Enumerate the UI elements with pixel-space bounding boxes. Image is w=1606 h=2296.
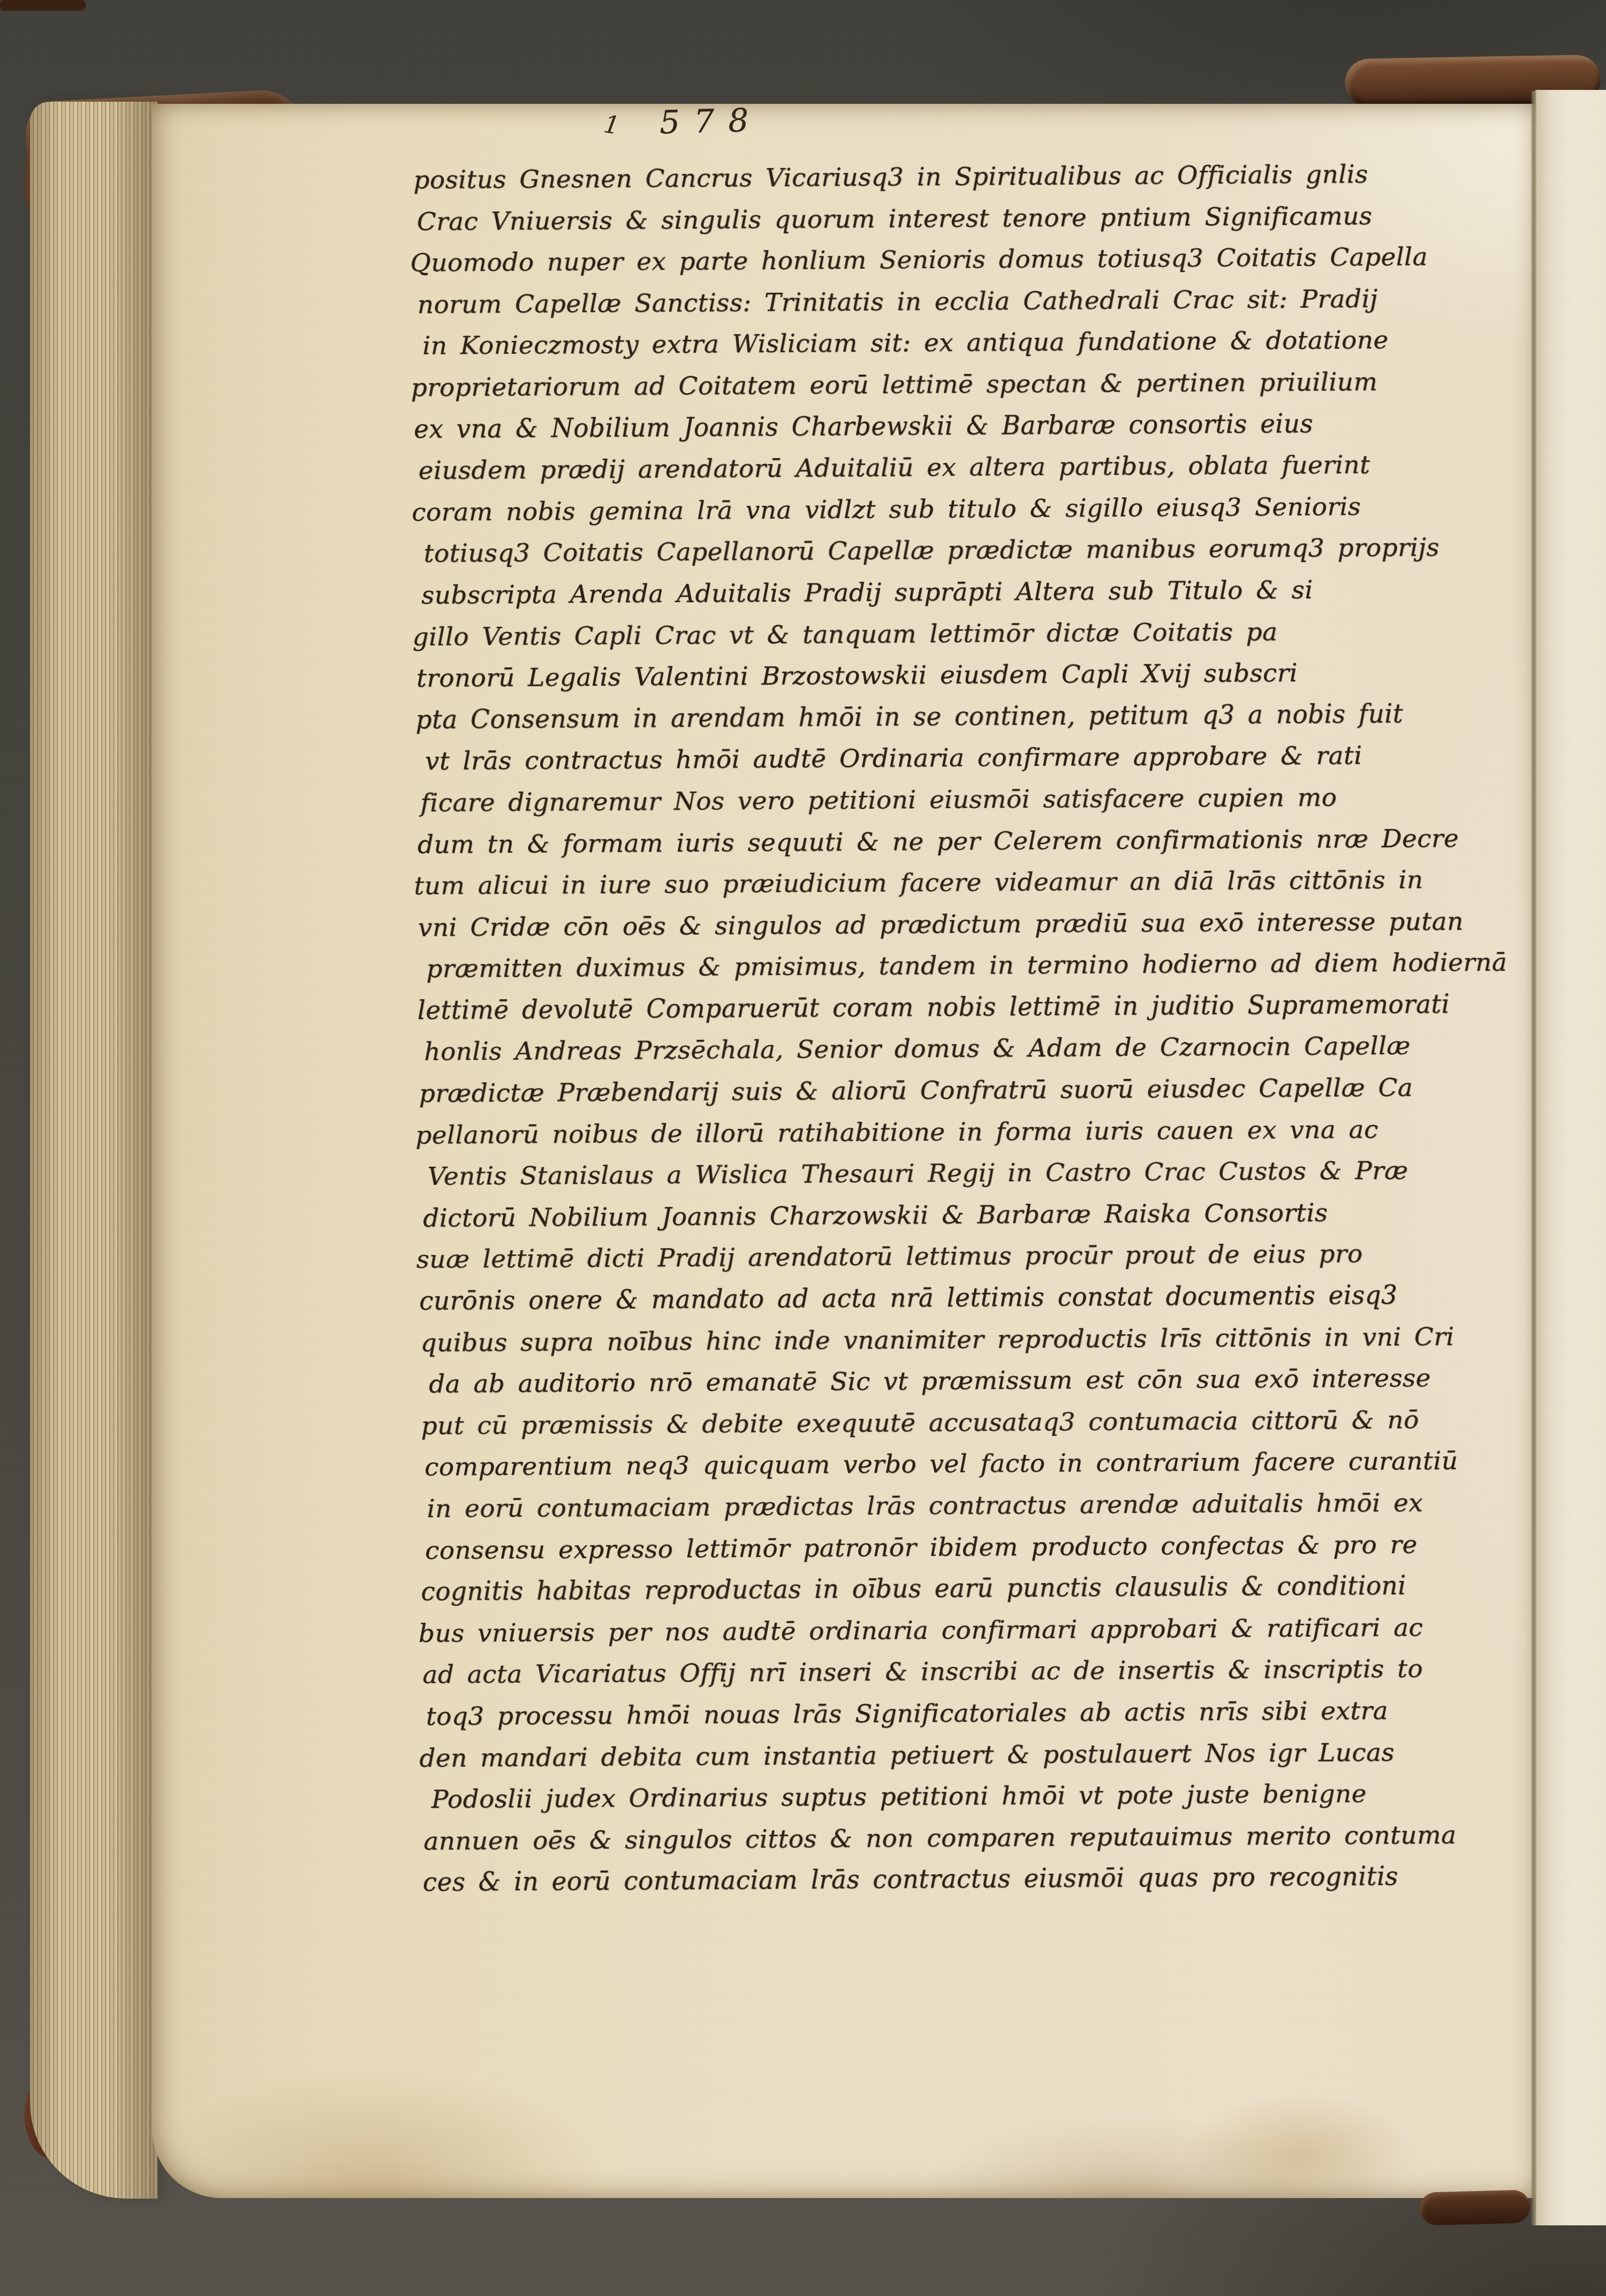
manuscript-line: dictorū Nobilium Joannis Charzowskii & B… — [423, 1191, 1488, 1240]
manuscript-line: cognitis habitas reproductas in oībus ea… — [421, 1564, 1486, 1613]
manuscript-line: quibus supra noībus hinc inde vnanimiter… — [420, 1316, 1486, 1364]
manuscript-line: honlis Andreas Przsēchala, Senior domus … — [424, 1025, 1489, 1073]
manuscript-line: norum Capellæ Sanctiss: Trinitatis in ec… — [417, 278, 1482, 326]
manuscript-line: subscripta Arenda Aduitalis Pradij suprā… — [421, 568, 1487, 617]
manuscript-line: præmitten duximus & pmisimus, tandem in … — [426, 942, 1491, 990]
manuscript-line: dum tn & formam iuris sequuti & ne per C… — [418, 817, 1483, 865]
manuscript-text: positus Gnesnen Cancrus Vicariusq3 in Sp… — [413, 153, 1489, 1904]
manuscript-line: totiusq3 Coitatis Capellanorū Capellæ pr… — [423, 527, 1489, 575]
manuscript-line: Podoslii judex Ordinarius suptus petitio… — [431, 1773, 1497, 1821]
manuscript-line: suæ lettimē dicti Pradij arendatorū lett… — [416, 1233, 1481, 1281]
manuscript-line: Ventis Stanislaus a Wislica Thesauri Reg… — [427, 1150, 1493, 1198]
page-fore-edges — [30, 102, 157, 2199]
leather-tailband-bottom-right — [1419, 2189, 1531, 2225]
manuscript-line: toq3 processu hmōi nouas lrās Significat… — [426, 1690, 1491, 1738]
manuscript-line: annuen oēs & singulos cittos & non compa… — [423, 1814, 1489, 1862]
manuscript-line: tronorū Legalis Valentini Brzostowskii e… — [416, 651, 1482, 700]
manuscript-line: eiusdem prædij arendatorū Aduitaliū ex a… — [418, 444, 1483, 492]
manuscript-line: in eorū contumaciam prædictas lrās contr… — [427, 1482, 1492, 1530]
manuscript-line: vt lrās contractus hmōi audtē Ordinaria … — [425, 734, 1490, 782]
facing-page-edge — [1535, 90, 1606, 2225]
manuscript-line: coram nobis gemina lrā vna vidlzt sub ti… — [412, 485, 1477, 534]
manuscript-line: ficare dignaremur Nos vero petitioni eiu… — [420, 776, 1486, 824]
manuscript-line: prædictæ Præbendarij suis & aliorū Confr… — [419, 1067, 1484, 1115]
manuscript-line: proprietariorum ad Coitatem eorū lettimē… — [411, 361, 1476, 409]
manuscript-line: tum alicui in iure suo præiudicium facer… — [414, 859, 1479, 907]
manuscript-line: ces & in eorū contumaciam lrās contractu… — [422, 1855, 1488, 1904]
manuscript-line: put cū præmissis & debite exequutē accus… — [421, 1399, 1486, 1447]
leather-tailband-extension — [0, 0, 86, 11]
manuscript-line: vni Cridæ cōn oēs & singulos ad prædictu… — [418, 901, 1483, 949]
manuscript-line: pellanorū noibus de illorū ratihabitione… — [415, 1108, 1481, 1157]
manuscript-line: curōnis onere & mandato ad acta nrā lett… — [419, 1274, 1484, 1322]
manuscript-line: Quomodo nuper ex parte honlium Senioris … — [410, 236, 1475, 284]
manuscript-line: ex vna & Nobilium Joannis Charbewskii & … — [414, 402, 1479, 451]
manuscript-line: comparentium neq3 quicquam verbo vel fac… — [425, 1440, 1490, 1488]
photo-background: 1 578 positus Gnesnen Cancrus Vicariusq3… — [0, 0, 1606, 2296]
manuscript-line: positus Gnesnen Cancrus Vicariusq3 in Sp… — [413, 153, 1479, 201]
manuscript-line: pta Consensum in arendam hmōi in se cont… — [415, 693, 1481, 741]
page-number: 578 — [659, 101, 763, 141]
manuscript-line: lettimē devolutē Comparuerūt coram nobis… — [418, 983, 1483, 1032]
manuscript-line: in Konieczmosty extra Wisliciam sit: ex … — [422, 319, 1488, 367]
manuscript-line: Crac Vniuersis & singulis quorum interes… — [417, 195, 1482, 243]
manuscript-line: consensu expresso lettimōr patronōr ibid… — [425, 1523, 1490, 1571]
manuscript-line: da ab auditorio nrō emanatē Sic vt præmi… — [429, 1357, 1494, 1405]
manuscript-line: den mandari debita cum instantia petiuer… — [419, 1731, 1484, 1780]
manuscript-line: gillo Ventis Capli Crac vt & tanquam let… — [412, 610, 1478, 658]
manuscript-line: bus vniuersis per nos audtē ordinaria co… — [419, 1607, 1484, 1655]
page-gap-line — [1531, 91, 1536, 2225]
manuscript-line: ad acta Vicariatus Offij nrī inseri & in… — [422, 1648, 1488, 1696]
